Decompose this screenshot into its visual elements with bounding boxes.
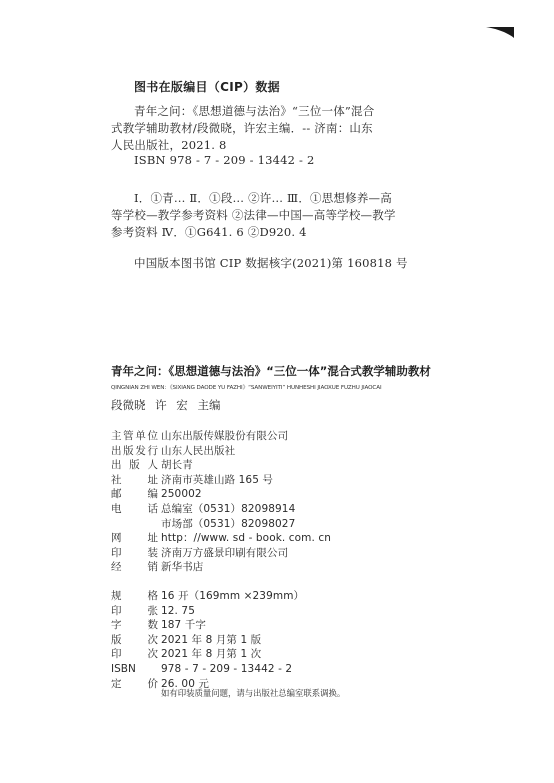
label-char: 单	[135, 429, 146, 444]
label-char: 价	[148, 677, 159, 692]
publishing-info-rows: 主管单位山东出版传媒股份有限公司出版发行山东人民出版社出版人胡长青社址济南市英雄…	[111, 429, 331, 575]
pub-row: 电话总编室（0531）82098914	[111, 502, 331, 517]
label-char: 管	[123, 429, 134, 444]
label-char: 社	[111, 473, 122, 488]
pub-row: 印装济南万方盛景印刷有限公司	[111, 546, 331, 561]
spec-label: 规格	[111, 589, 158, 604]
spec-row: 字数187 千字	[111, 618, 331, 633]
cip-isbn-line: ISBN 978 - 7 - 209 - 13442 - 2	[134, 153, 315, 167]
label-char: 出	[111, 444, 122, 459]
spec-value: 187 千字	[161, 618, 206, 633]
label-char: 人	[148, 458, 159, 473]
label-char: 定	[111, 677, 122, 692]
cip-heading: 图书在版编目（CIP）数据	[134, 78, 280, 95]
pub-label: 网址	[111, 531, 158, 546]
pub-value: 胡长青	[161, 458, 193, 473]
publishing-info-table: 主管单位山东出版传媒股份有限公司出版发行山东人民出版社出版人胡长青社址济南市英雄…	[111, 429, 331, 691]
book-title: 青年之问：《思想道德与法治》“三位一体”混合式教学辅助教材	[111, 363, 431, 379]
corner-triangle-icon	[486, 27, 516, 39]
label-char: 出	[111, 458, 122, 473]
pub-label: 印装	[111, 546, 158, 561]
label-char: 址	[148, 473, 159, 488]
pub-value: 山东出版传媒股份有限公司	[161, 429, 288, 444]
spec-label: 印次	[111, 647, 158, 662]
label-char: 销	[148, 560, 159, 575]
spec-row: ISBN978 - 7 - 209 - 13442 - 2	[111, 662, 331, 677]
label-char: 装	[148, 546, 159, 561]
cip-number: 中国版本图书馆 CIP 数据核字(2021)第 160818 号	[134, 255, 408, 271]
label-char: 字	[111, 618, 122, 633]
label-char: 印	[111, 546, 122, 561]
pub-value: 总编室（0531）82098914	[161, 502, 295, 517]
spec-label: 版次	[111, 633, 158, 648]
pub-label: 邮编	[111, 487, 158, 502]
pub-row: 网址http：//www. sd - book. com. cn	[111, 531, 331, 546]
spec-label: ISBN	[111, 662, 158, 677]
spec-value: 12. 75	[161, 604, 195, 619]
label-char: 数	[148, 618, 159, 633]
pub-label: 社址	[111, 473, 158, 488]
label-char: 主	[111, 429, 122, 444]
label-char: 印	[111, 647, 122, 662]
label-char: 规	[111, 589, 122, 604]
spec-row: 印张12. 75	[111, 604, 331, 619]
pub-value: 济南万方盛景印刷有限公司	[161, 546, 288, 561]
spec-label: 字数	[111, 618, 158, 633]
spec-value: 2021 年 8 月第 1 版	[161, 633, 261, 648]
pub-row: 邮编250002	[111, 487, 331, 502]
label-char: 次	[148, 633, 159, 648]
label-char: 址	[148, 531, 159, 546]
label-char: 版	[111, 633, 122, 648]
spec-row: 印次2021 年 8 月第 1 次	[111, 647, 331, 662]
pub-label: 出版发行	[111, 444, 158, 459]
cip-record-line-2: 式教学辅助教材/段微晓，许宏主编．-- 济南：山东	[111, 120, 373, 136]
section-gap	[111, 575, 331, 589]
cip-classification-line-1: Ⅰ．①青… Ⅱ．①段… ②许… Ⅲ．①思想修养—高	[134, 190, 392, 206]
pub-value: 新华书店	[161, 560, 203, 575]
pub-value: 济南市英雄山路 165 号	[161, 473, 273, 488]
pub-value: http：//www. sd - book. com. cn	[161, 531, 331, 546]
label-char: 发	[135, 444, 146, 459]
label-char: ISBN	[111, 662, 136, 677]
pub-row: 经销新华书店	[111, 560, 331, 575]
pub-value: 250002	[161, 487, 202, 502]
label-char: 张	[148, 604, 159, 619]
spec-row: 规格16 开（169mm ×239mm）	[111, 589, 331, 604]
pub-row: 出版发行山东人民出版社	[111, 444, 331, 459]
book-pinyin-title: QINGNIAN ZHI WEN：《SIXIANG DAODE YU FAZHI…	[111, 383, 382, 391]
cip-classification-line-2: 等学校—教学参考资料 ②法律—中国—高等学校—教学	[111, 207, 396, 223]
pub-label	[111, 517, 158, 532]
pub-row: 主管单位山东出版传媒股份有限公司	[111, 429, 331, 444]
pub-value: 市场部（0531）82098027	[161, 517, 295, 532]
label-char: 网	[111, 531, 122, 546]
pub-label: 经销	[111, 560, 158, 575]
pub-row: 出版人胡长青	[111, 458, 331, 473]
pub-row: 社址济南市英雄山路 165 号	[111, 473, 331, 488]
label-char: 行	[147, 444, 158, 459]
label-char: 版	[123, 444, 134, 459]
spec-value: 978 - 7 - 209 - 13442 - 2	[161, 662, 292, 677]
pub-label: 电话	[111, 502, 158, 517]
pub-value: 山东人民出版社	[161, 444, 235, 459]
label-char: 编	[148, 487, 159, 502]
label-char: 话	[148, 502, 159, 517]
quality-notice: 如有印装质量问题，请与出版社总编室联系调换。	[161, 687, 345, 699]
corner-mark	[486, 24, 516, 36]
label-char: 位	[147, 429, 158, 444]
label-char: 次	[148, 647, 159, 662]
label-char: 经	[111, 560, 122, 575]
label-char: 电	[111, 502, 122, 517]
cip-record-line-3: 人民出版社，2021. 8	[111, 137, 227, 153]
cip-record-line-1: 青年之问：《思想道德与法治》“三位一体”混合	[134, 103, 374, 119]
pub-row: 市场部（0531）82098027	[111, 517, 331, 532]
label-char: 印	[111, 604, 122, 619]
spec-label: 定价	[111, 677, 158, 692]
book-authors: 段微晓 许 宏 主编	[111, 397, 220, 413]
label-char: 格	[148, 589, 159, 604]
label-char: 邮	[111, 487, 122, 502]
spec-value: 16 开（169mm ×239mm）	[161, 589, 304, 604]
pub-label: 主管单位	[111, 429, 158, 444]
spec-value: 2021 年 8 月第 1 次	[161, 647, 261, 662]
spec-label: 印张	[111, 604, 158, 619]
label-char: 版	[129, 458, 140, 473]
pub-label: 出版人	[111, 458, 158, 473]
cip-classification-line-3: 参考资料 Ⅳ．①G641. 6 ②D920. 4	[111, 224, 307, 240]
spec-row: 版次2021 年 8 月第 1 版	[111, 633, 331, 648]
specs-rows: 规格16 开（169mm ×239mm）印张12. 75字数187 千字版次20…	[111, 589, 331, 691]
